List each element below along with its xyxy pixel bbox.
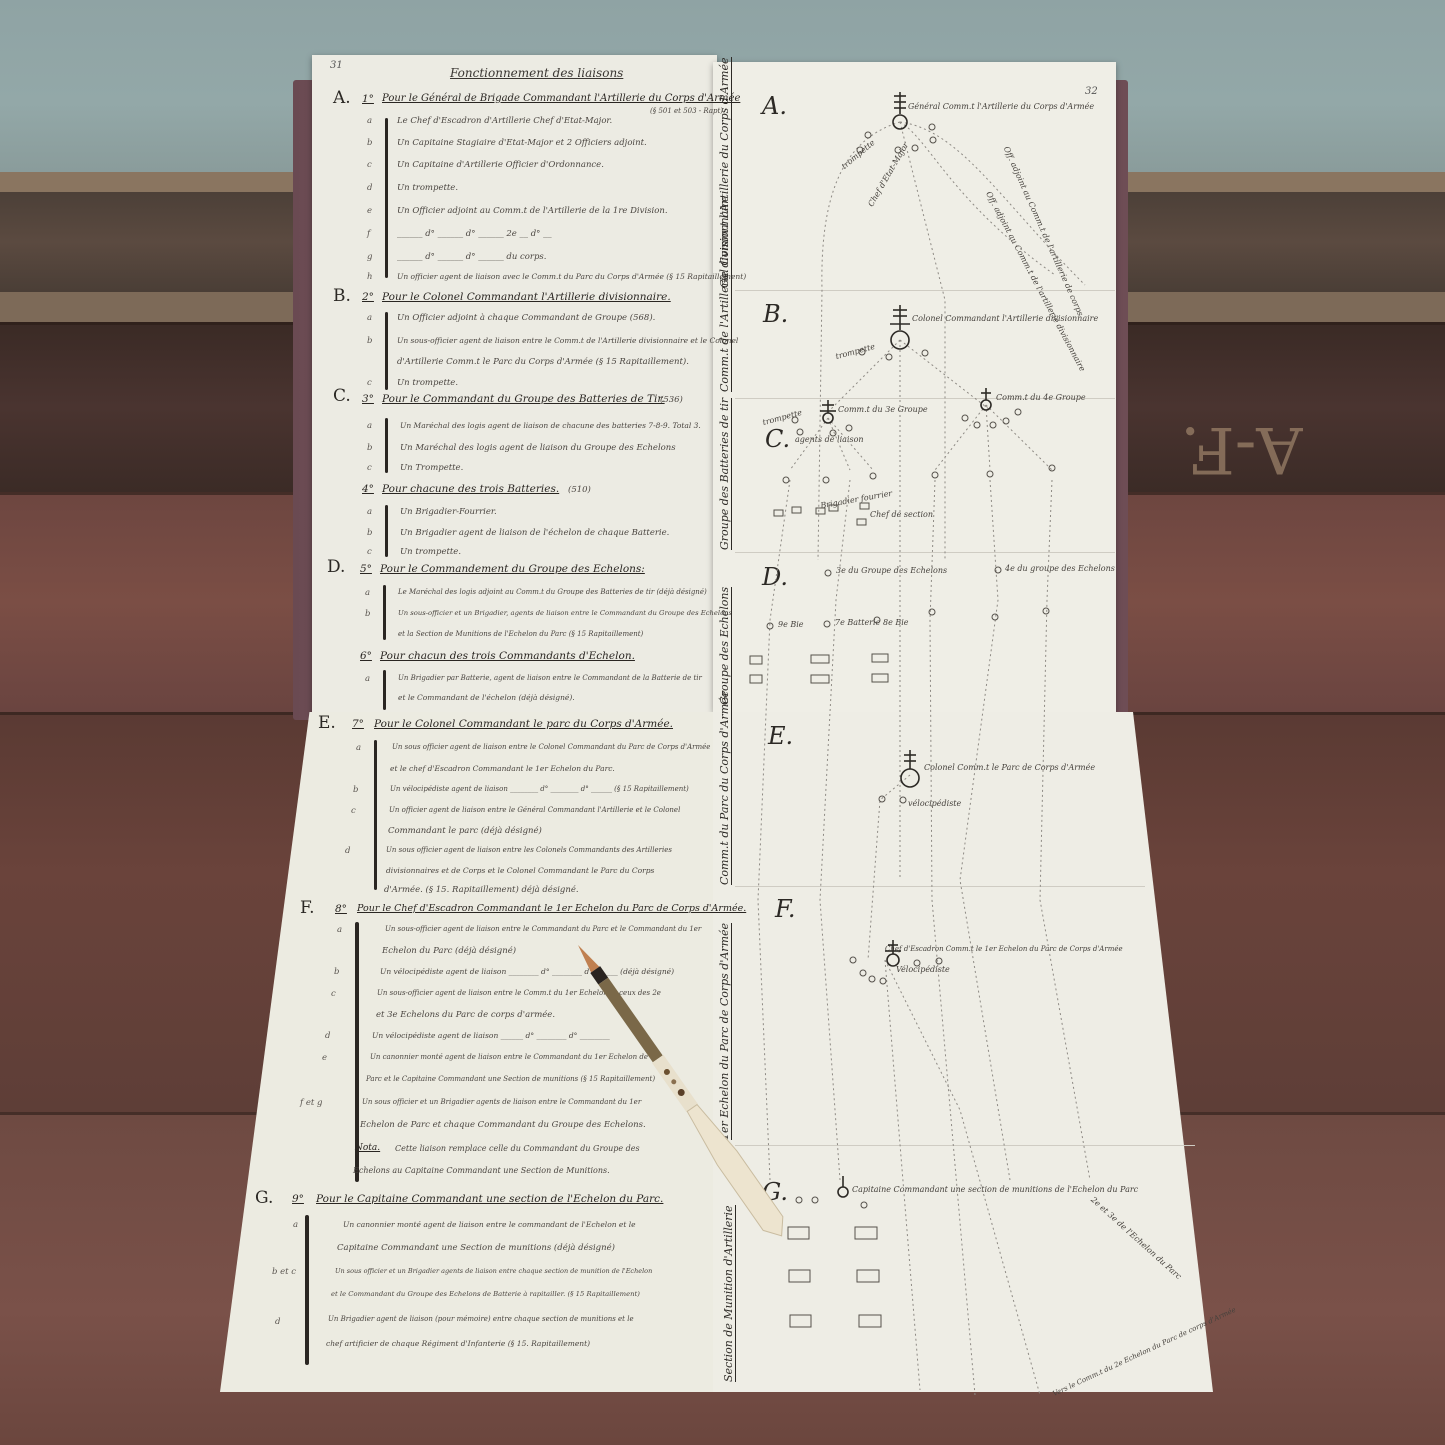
pen-nib xyxy=(574,942,599,972)
dip-pen xyxy=(0,0,1445,1445)
